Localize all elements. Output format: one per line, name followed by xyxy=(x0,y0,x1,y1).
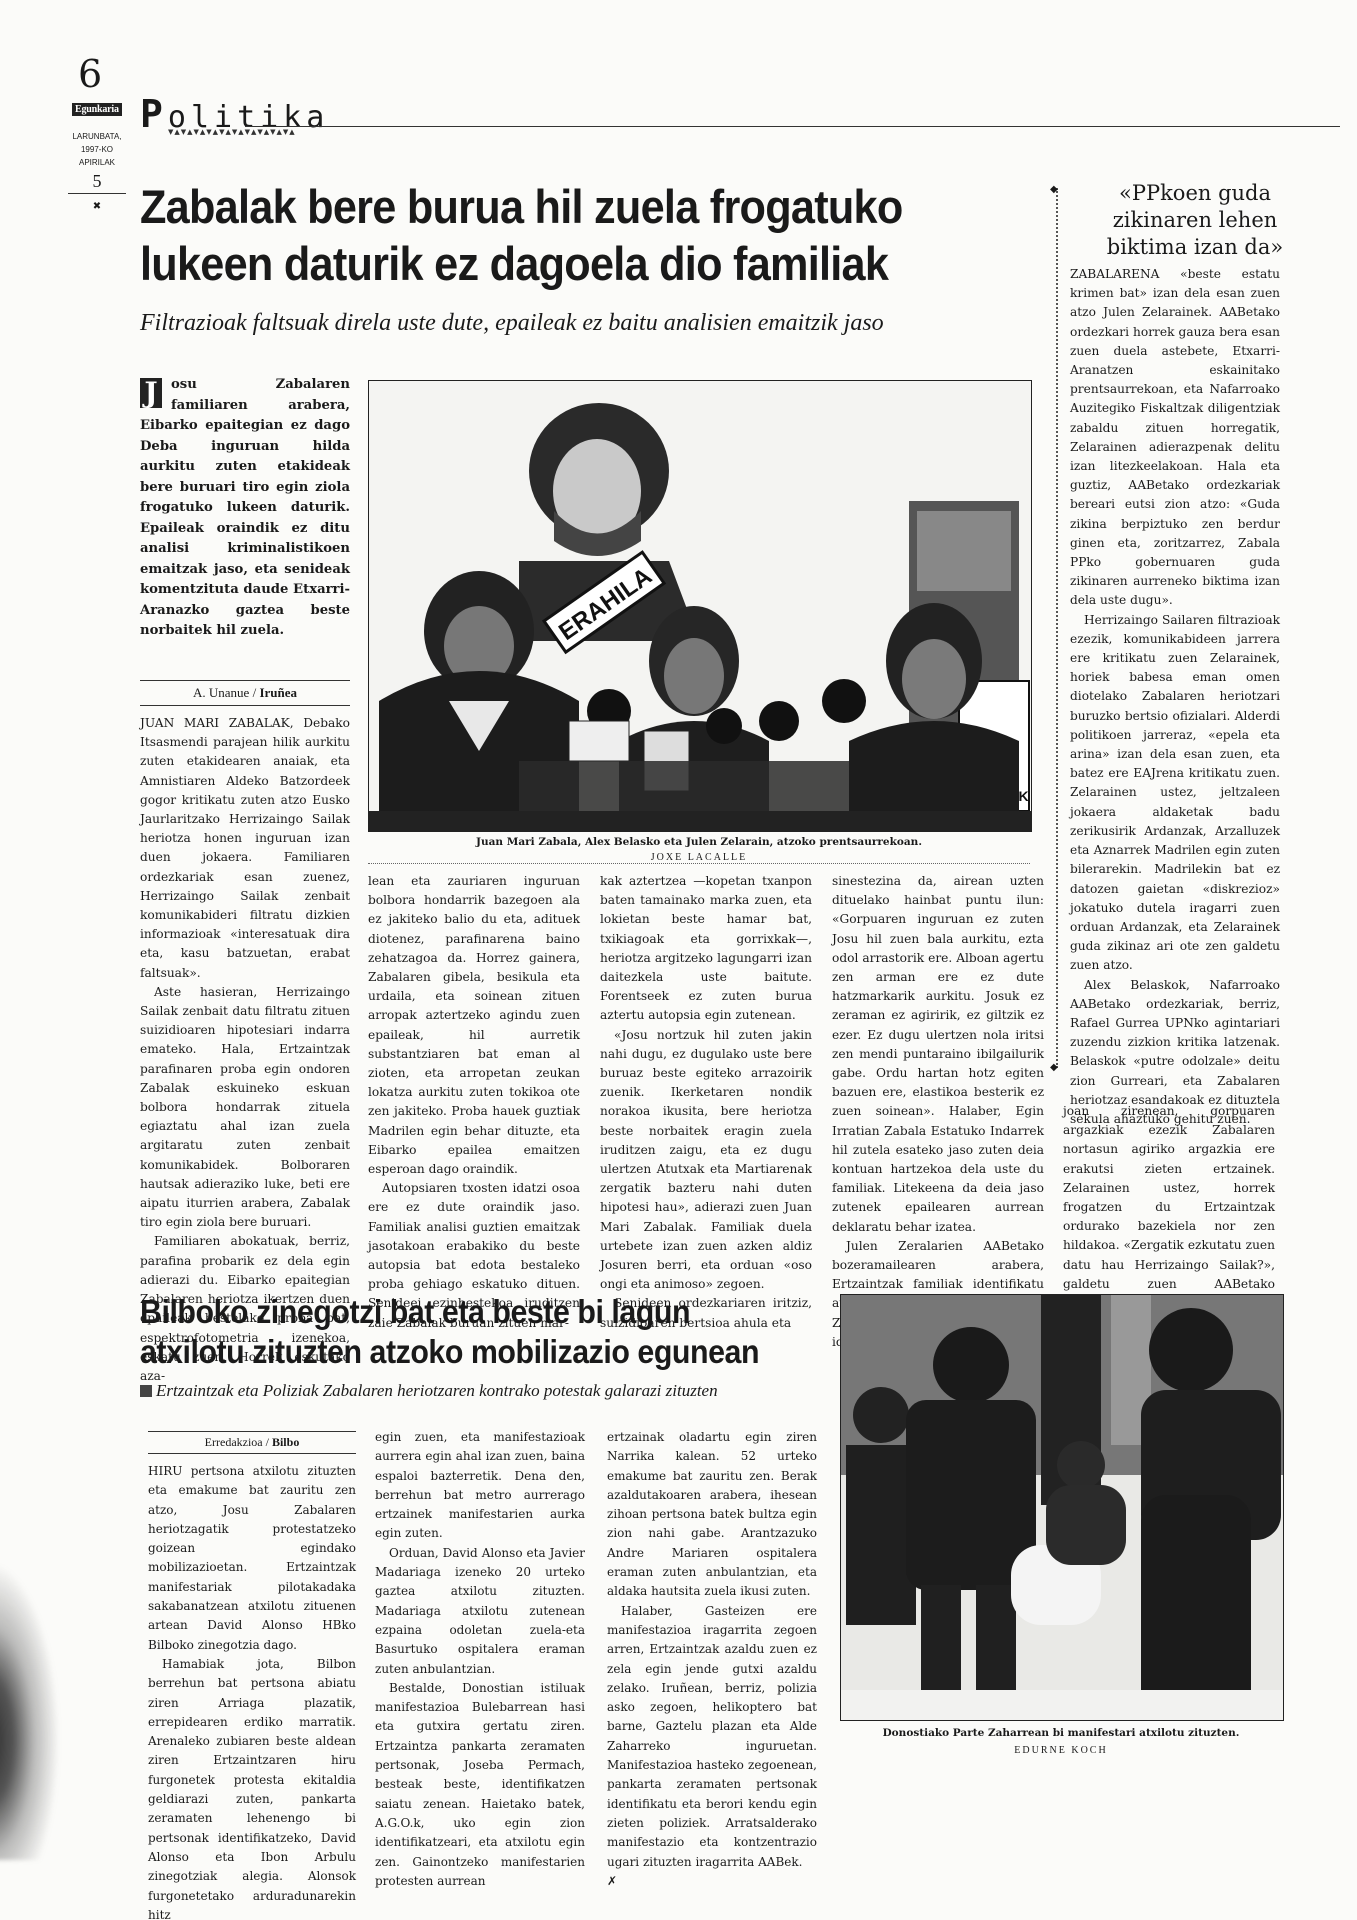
paragraph: Hamabiak jota, Bilbon berrehun bat perts… xyxy=(148,1655,356,1920)
main-headline: Zabalak bere burua hil zuela frogatuko l… xyxy=(140,178,968,292)
byline-place: Bilbo xyxy=(272,1435,299,1449)
paragraph: lean eta zauriaren inguruan bolbora hond… xyxy=(368,872,580,1179)
paragraph: Alex Belaskok, Nafarroako AABetako ordez… xyxy=(1070,976,1280,1130)
second-column-2: egin zuen, eta manifestazioak aurrera eg… xyxy=(375,1428,585,1891)
dateline: LARUNBATA, 1997-KO APIRILAK 5 ✖ xyxy=(68,130,126,213)
byline-place: Iruñea xyxy=(259,685,297,700)
dateline-mark-icon: ✖ xyxy=(68,200,126,213)
dateline-month: APIRILAK xyxy=(68,156,126,169)
paragraph: ertzainak oladartu egin ziren Narrika ka… xyxy=(607,1428,817,1602)
bullet-icon: ◆ xyxy=(1050,184,1058,195)
police-arrest-photo xyxy=(840,1294,1284,1721)
second-byline: Erredakzioa / Bilbo xyxy=(148,1431,356,1454)
brand-logo: Egunkaria xyxy=(72,103,122,116)
main-subhead: Filtrazioak faltsuak direla uste dute, e… xyxy=(140,310,1040,337)
paragraph: «Josu nortzuk hil zuten jakin nahi dugu,… xyxy=(600,1026,812,1295)
second-subhead: Ertzaintzak eta Poliziak Zabalaren herio… xyxy=(140,1381,840,1401)
paragraph: Orduan, David Alonso eta Javier Madariag… xyxy=(375,1544,585,1679)
paragraph: HIRU pertsona atxilotu zituzten eta emak… xyxy=(148,1462,356,1655)
second-headline: Bilboko zinegotzi bat eta beste bi lagun… xyxy=(140,1292,784,1372)
paragraph: Halaber, Gasteizen ere manifestazioa ira… xyxy=(607,1602,817,1872)
section-rule xyxy=(245,126,1340,127)
second-subhead-text: Ertzaintzak eta Poliziak Zabalaren herio… xyxy=(156,1381,718,1400)
sidebar-dotted-border xyxy=(1056,188,1058,1068)
dateline-day: 5 xyxy=(68,171,126,194)
press-conference-illustration: ERAHILA PRESOAK xyxy=(369,381,1031,831)
paragraph: kak aztertzea —kopetan txanpon baten tam… xyxy=(600,872,812,1026)
paragraph: Bestalde, Donostian istiluak manifestazi… xyxy=(375,1679,585,1891)
lead-text: osu Zabalaren familiaren arabera, Eibark… xyxy=(140,377,350,638)
section-decoration: ▼▲▼▲▼▲▼▲▼▲▼▲▼▲▼▲▼▲▼▲ xyxy=(168,128,296,136)
dateline-year: 1997-KO xyxy=(68,143,126,156)
section-initial: P xyxy=(140,92,168,136)
paragraph: JUAN MARI ZABALAK, Debako Itsasmendi par… xyxy=(140,714,350,983)
square-bullet-icon xyxy=(140,1385,152,1397)
photo-credit-2: EDURNE KOCH xyxy=(840,1745,1282,1756)
byline-author: Erredakzioa / xyxy=(205,1435,272,1449)
main-column-4: sinestezina da, airean uzten dituelako h… xyxy=(832,872,1044,1352)
byline-author: A. Unanue / xyxy=(193,685,259,700)
paragraph: sinestezina da, airean uzten dituelako h… xyxy=(832,872,1044,1237)
main-column-1: JUAN MARI ZABALAK, Debako Itsasmendi par… xyxy=(140,714,350,1386)
scan-smudge xyxy=(0,1560,60,1860)
main-byline: A. Unanue / Iruñea xyxy=(140,680,350,706)
main-column-2: lean eta zauriaren inguruan bolbora hond… xyxy=(368,872,580,1333)
page-number: 6 xyxy=(78,52,102,96)
photo-caption-2: Donostiako Parte Zaharrean bi manifestar… xyxy=(840,1727,1282,1739)
end-mark-icon: ✗ xyxy=(607,1874,617,1888)
police-arrest-illustration xyxy=(841,1295,1283,1720)
photo-credit: JOXE LACALLE xyxy=(368,852,1030,864)
second-column-3: ertzainak oladartu egin ziren Narrika ka… xyxy=(607,1428,817,1891)
bullet-icon: ◆ xyxy=(1050,1062,1058,1073)
paragraph: Herrizaingo Sailaren filtrazioak ezezik,… xyxy=(1070,611,1280,976)
main-column-5: joan zirenean, gorpuaren argazkiak ezezi… xyxy=(1063,1102,1275,1313)
paragraph: egin zuen, eta manifestazioak aurrera eg… xyxy=(375,1428,585,1544)
lead-paragraph: Josu Zabalaren familiaren arabera, Eibar… xyxy=(140,375,350,642)
dateline-weekday: LARUNBATA, xyxy=(68,130,126,143)
photo-caption: Juan Mari Zabala, Alex Belasko eta Julen… xyxy=(368,836,1030,848)
second-column-1: HIRU pertsona atxilotu zituzten eta emak… xyxy=(148,1462,356,1920)
paragraph: ZABALARENA «beste estatu krimen bat» iza… xyxy=(1070,265,1280,611)
paragraph: joan zirenean, gorpuaren argazkiak ezezi… xyxy=(1063,1102,1275,1313)
paragraph: Aste hasieran, Herrizaingo Sailak zenbai… xyxy=(140,983,350,1233)
dropcap: J xyxy=(140,378,162,408)
press-conference-photo: ERAHILA PRESOAK xyxy=(368,380,1032,832)
sidebar-title: «PPkoen guda zikinaren lehen biktima iza… xyxy=(1070,180,1320,261)
main-column-3: kak aztertzea —kopetan txanpon baten tam… xyxy=(600,872,812,1333)
sidebar-body: ZABALARENA «beste estatu krimen bat» iza… xyxy=(1070,265,1280,1129)
